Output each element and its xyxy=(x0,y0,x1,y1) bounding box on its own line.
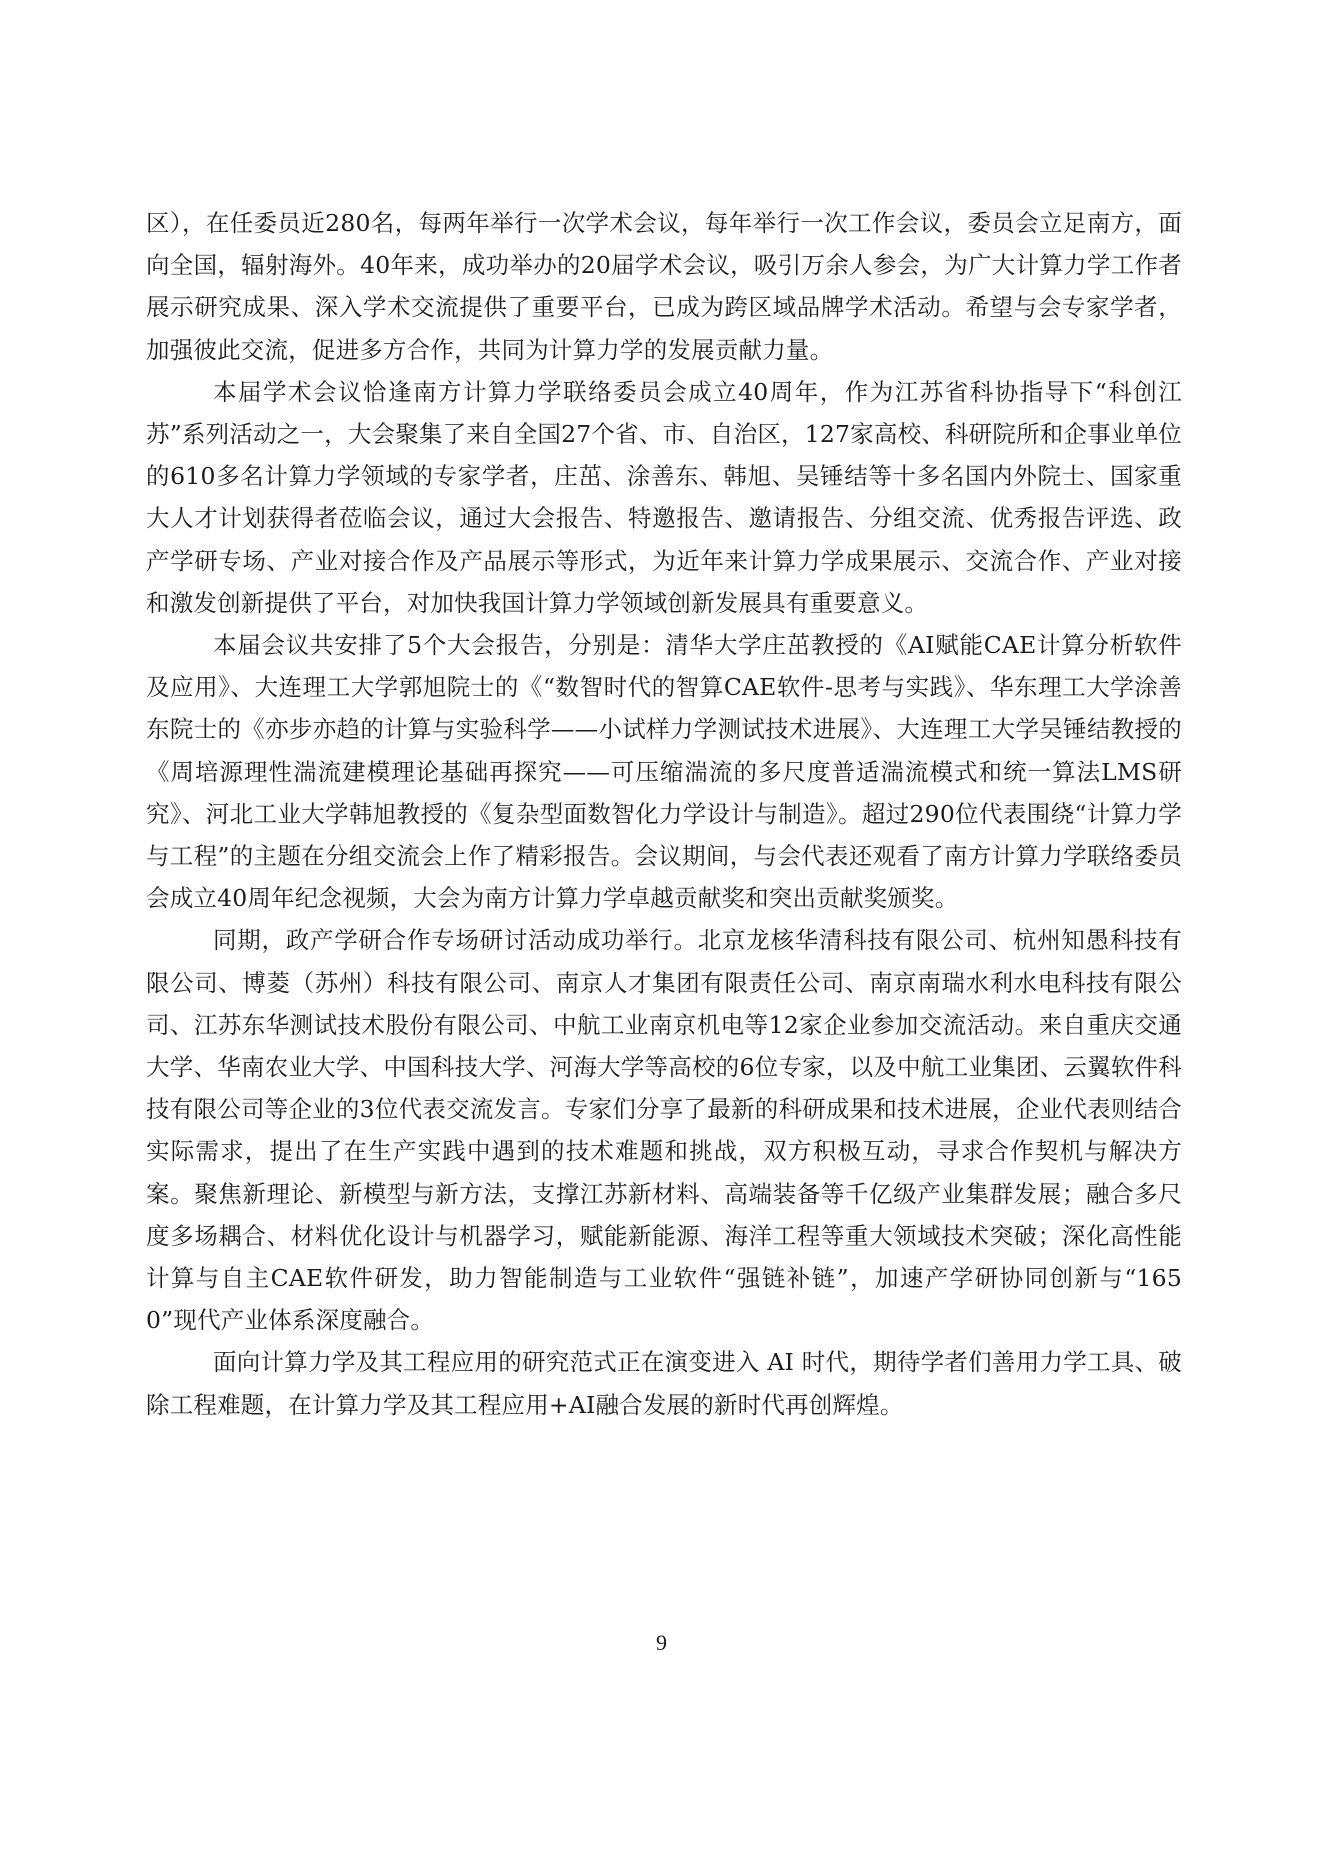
paragraph-committee-intro-continued: 区），在任委员近280名，每两年举行一次学术会议，每年举行一次工作会议，委员会立… xyxy=(146,202,1182,371)
paragraph-closing-outlook: 面向计算力学及其工程应用的研究范式正在演变进入 AI 时代，期待学者们善用力学工… xyxy=(146,1341,1182,1425)
paragraph-keynote-reports: 本届会议共安排了5个大会报告，分别是：清华大学庄茁教授的《AI赋能CAE计算分析… xyxy=(146,624,1182,919)
page-number: 9 xyxy=(0,1630,1323,1656)
paragraph-industry-session: 同期，政产学研合作专场研讨活动成功举行。北京龙核华清科技有限公司、杭州知愚科技有… xyxy=(146,919,1182,1341)
document-page: 区），在任委员近280名，每两年举行一次学术会议，每年举行一次工作会议，委员会立… xyxy=(0,0,1323,1871)
body-text: 区），在任委员近280名，每两年举行一次学术会议，每年举行一次工作会议，委员会立… xyxy=(146,202,1182,1426)
paragraph-conference-overview: 本届学术会议恰逢南方计算力学联络委员会成立40周年，作为江苏省科协指导下“科创江… xyxy=(146,371,1182,624)
